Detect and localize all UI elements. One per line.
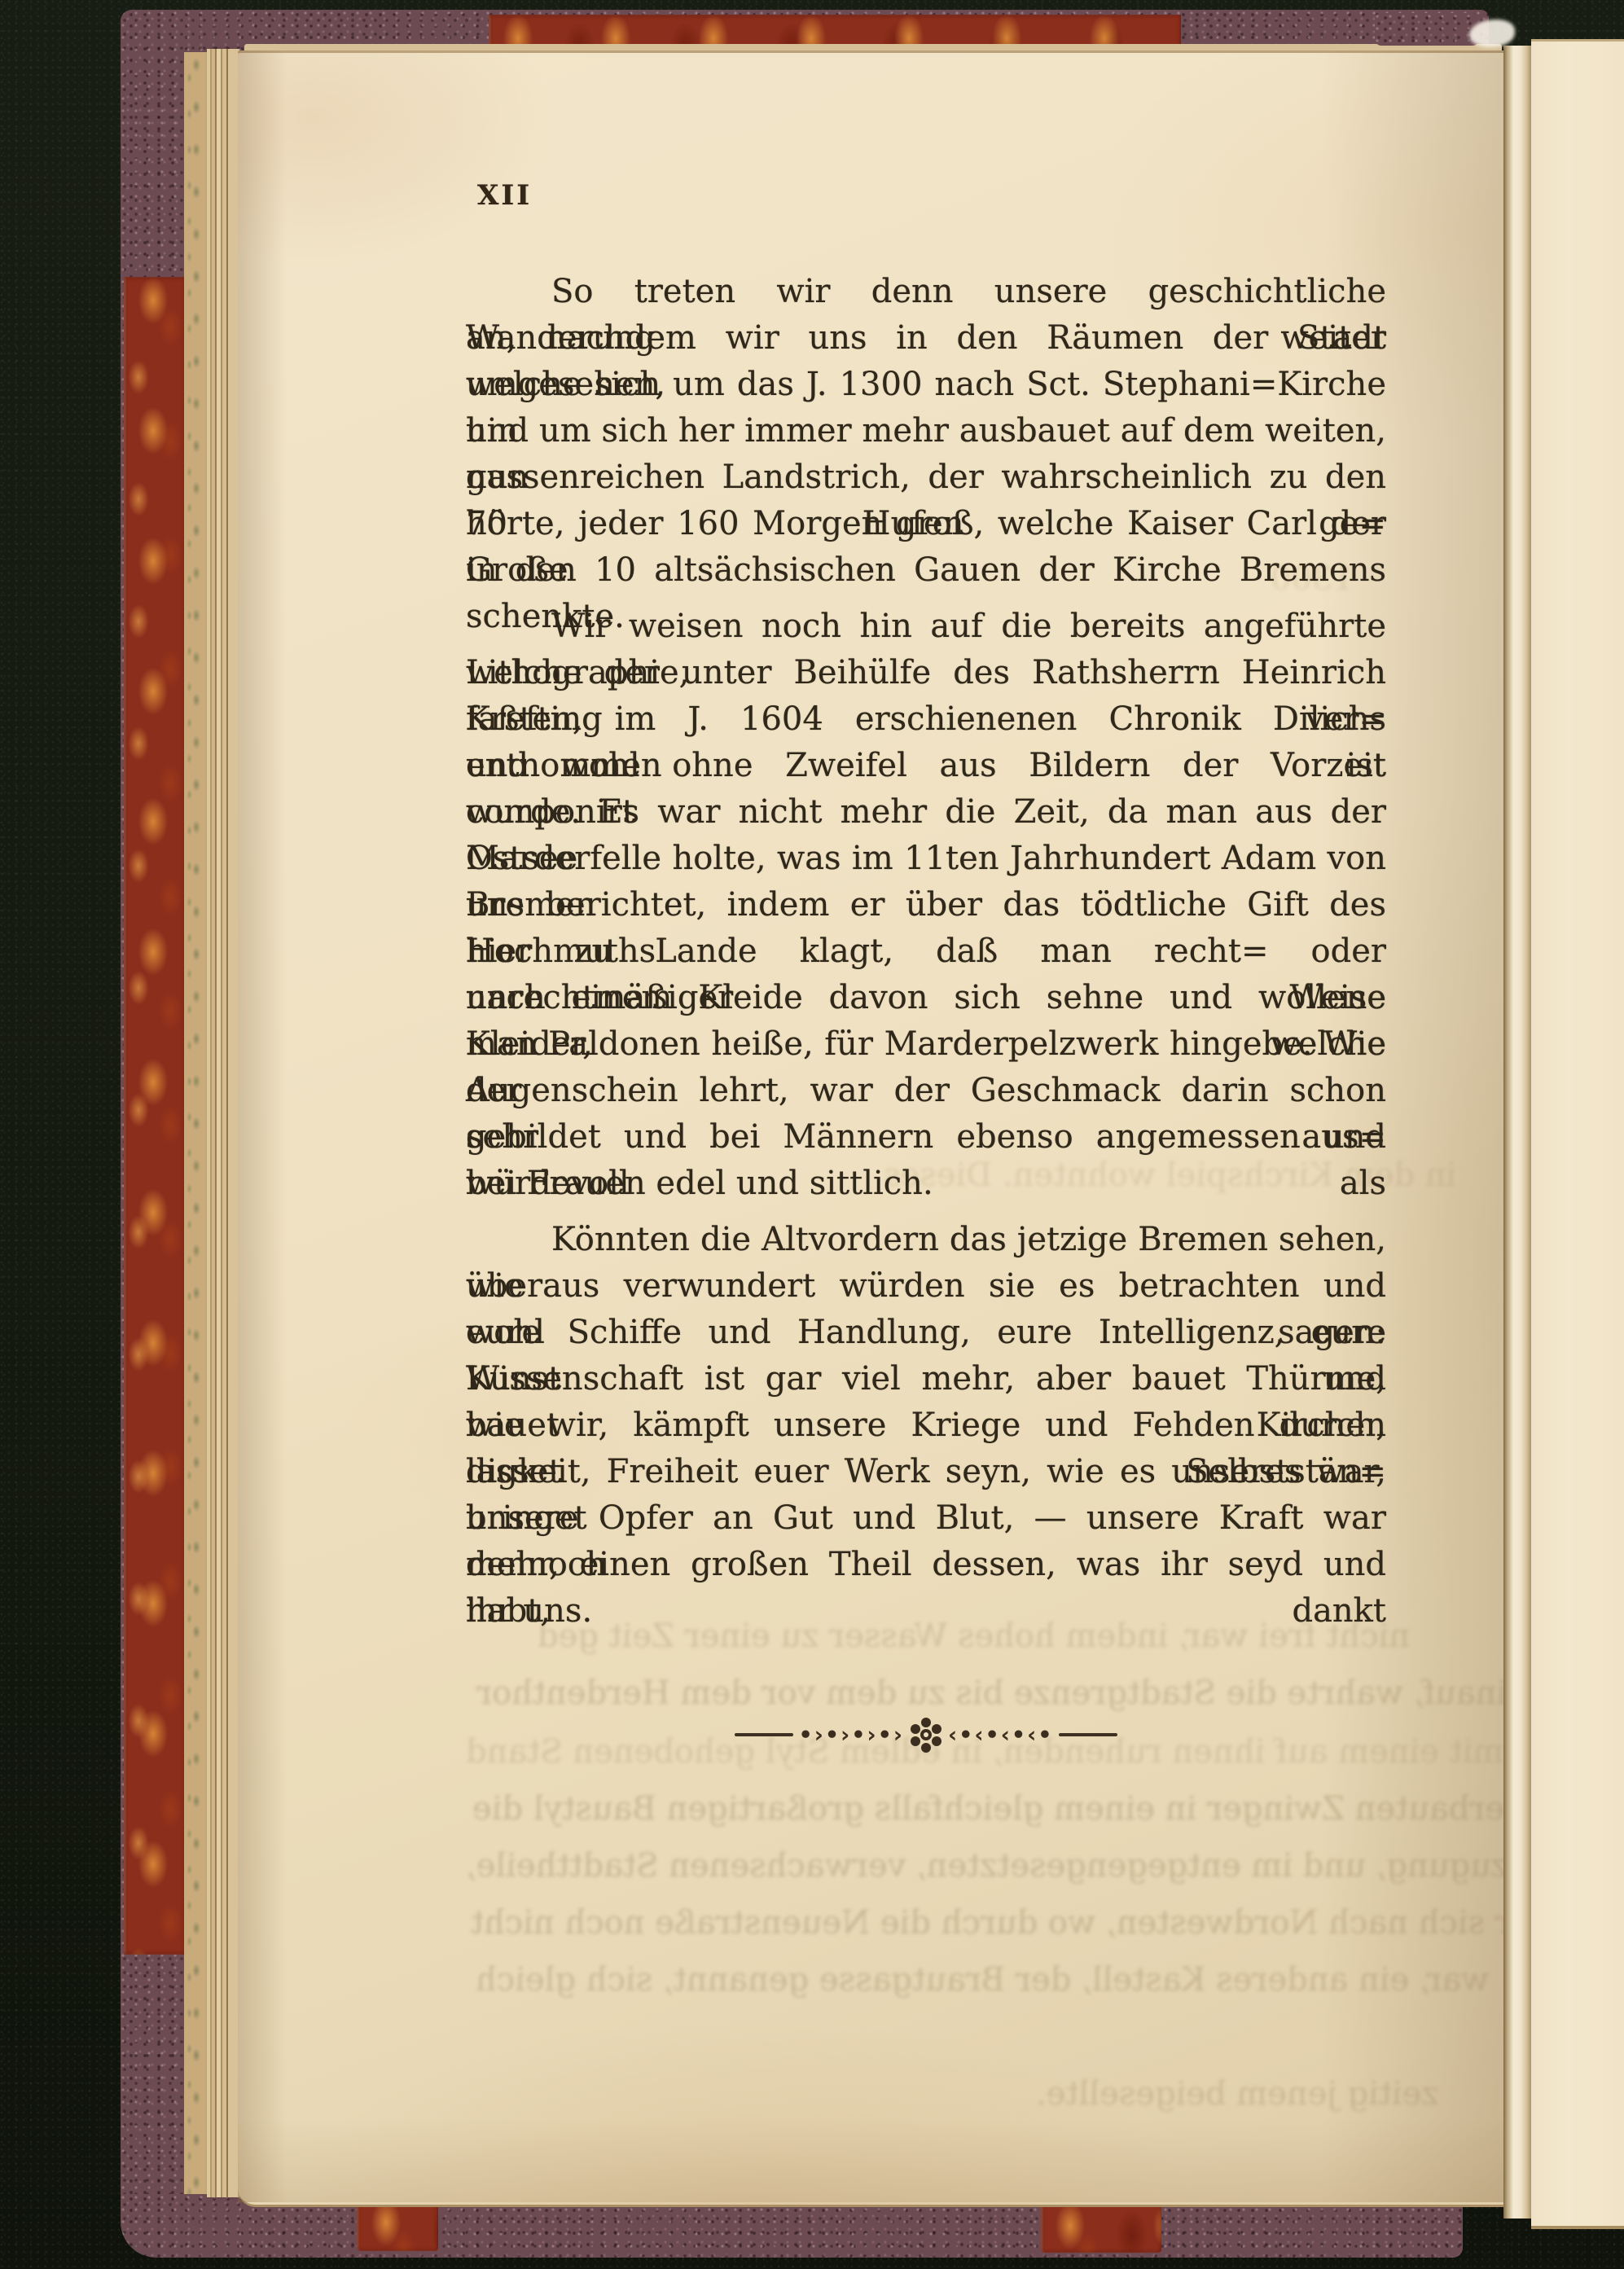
divider-beads-right: ‹•‹•‹•‹•: [943, 1724, 1059, 1746]
marbled-leather-spine: [124, 277, 186, 1955]
text-line: Wissenschaft ist gar viel mehr, aber bau…: [466, 1356, 1386, 1402]
text-line: in den 10 altsächsischen Gauen der Kirch…: [466, 547, 1386, 594]
text-line: gassenreichen Landstrich, der wahrschein…: [466, 454, 1386, 501]
facing-page: [1531, 39, 1624, 2229]
text-line: digkeit, Freiheit euer Werk seyn, wie es…: [466, 1449, 1386, 1495]
text-line: und wohl ohne Zweifel aus Bildern der Vo…: [466, 743, 1386, 789]
paragraph: Könnten die Altvordern das jetzige Breme…: [466, 1217, 1386, 1635]
page-left-shadow: [238, 50, 287, 2202]
text-line: faßten, im J. 1604 erschienenen Chronik …: [466, 696, 1386, 743]
text-line: wurde. Es war nicht mehr die Zeit, da ma…: [466, 789, 1386, 836]
text-line: nach einem Kleide davon sich sehne und w…: [466, 975, 1386, 1021]
text-line: Marderfelle holte, was im 11ten Jahrhund…: [466, 836, 1386, 882]
text-line: hier zu Lande klagt, daß man recht= oder…: [466, 928, 1386, 975]
page-edge-stack: [207, 49, 239, 2197]
text-line: und um sich her immer mehr ausbauet auf …: [466, 408, 1386, 454]
text-line: unsere Opfer an Gut und Blut, — unsere K…: [466, 1495, 1386, 1542]
divider-rule-left: [735, 1733, 793, 1736]
divider-rule-right: [1059, 1733, 1117, 1736]
section-divider: •›•›•›•› ‹•‹•‹•‹•: [466, 1712, 1386, 1758]
text-line: Wir weisen noch hin auf die bereits ange…: [466, 603, 1386, 650]
text-line: welche sich um das J. 1300 nach Sct. Ste…: [466, 362, 1386, 408]
paragraph: So treten wir denn unsere geschichtliche…: [466, 269, 1386, 594]
text-line: So treten wir denn unsere geschichtliche…: [466, 269, 1386, 315]
page-bottom-shadow: [238, 2118, 1505, 2202]
divider-rosette-icon: [920, 1729, 932, 1740]
text-line: man Paldonen heiße, für Marderpelzwerk h…: [466, 1021, 1386, 1068]
text-line: Könnten die Altvordern das jetzige Breme…: [466, 1217, 1386, 1263]
text-line: eure Schiffe und Handlung, eure Intellig…: [466, 1310, 1386, 1356]
text-line: welche der unter Beihülfe des Rathsherrn…: [466, 650, 1386, 696]
body-text: So treten wir denn unsere geschichtliche…: [466, 269, 1386, 1635]
text-line: uns berichtet, indem er über das tödtlic…: [466, 882, 1386, 928]
text-line: Augenschein lehrt, war der Geschmack dar…: [466, 1068, 1386, 1114]
divider-beads-left: •›•›•›•›: [793, 1724, 909, 1746]
text-line: gebildet und bei Männern ebenso angemess…: [466, 1114, 1386, 1161]
text-line: wie wir, kämpft unsere Kriege und Fehden…: [466, 1402, 1386, 1449]
text-line: mehr, einen großen Theil dessen, was ihr…: [466, 1542, 1386, 1588]
page-fold: [1503, 46, 1533, 2219]
book-cover-top-right: [1375, 13, 1479, 46]
book-photo: { "page": { "number": "XII", "paragraphs…: [0, 0, 1624, 2269]
text-line: hörte, jeder 160 Morgen groß, welche Kai…: [466, 501, 1386, 547]
text-line: überaus verwundert würden sie es betrach…: [466, 1263, 1386, 1310]
marbled-leather-bottom-right: [1041, 2202, 1161, 2253]
paragraph: Wir weisen noch hin auf die bereits ange…: [466, 603, 1386, 1207]
text-line: an, nachdem wir uns in den Räumen der St…: [466, 315, 1386, 362]
endpaper-strip: [184, 52, 208, 2194]
page-number: XII: [477, 179, 532, 212]
